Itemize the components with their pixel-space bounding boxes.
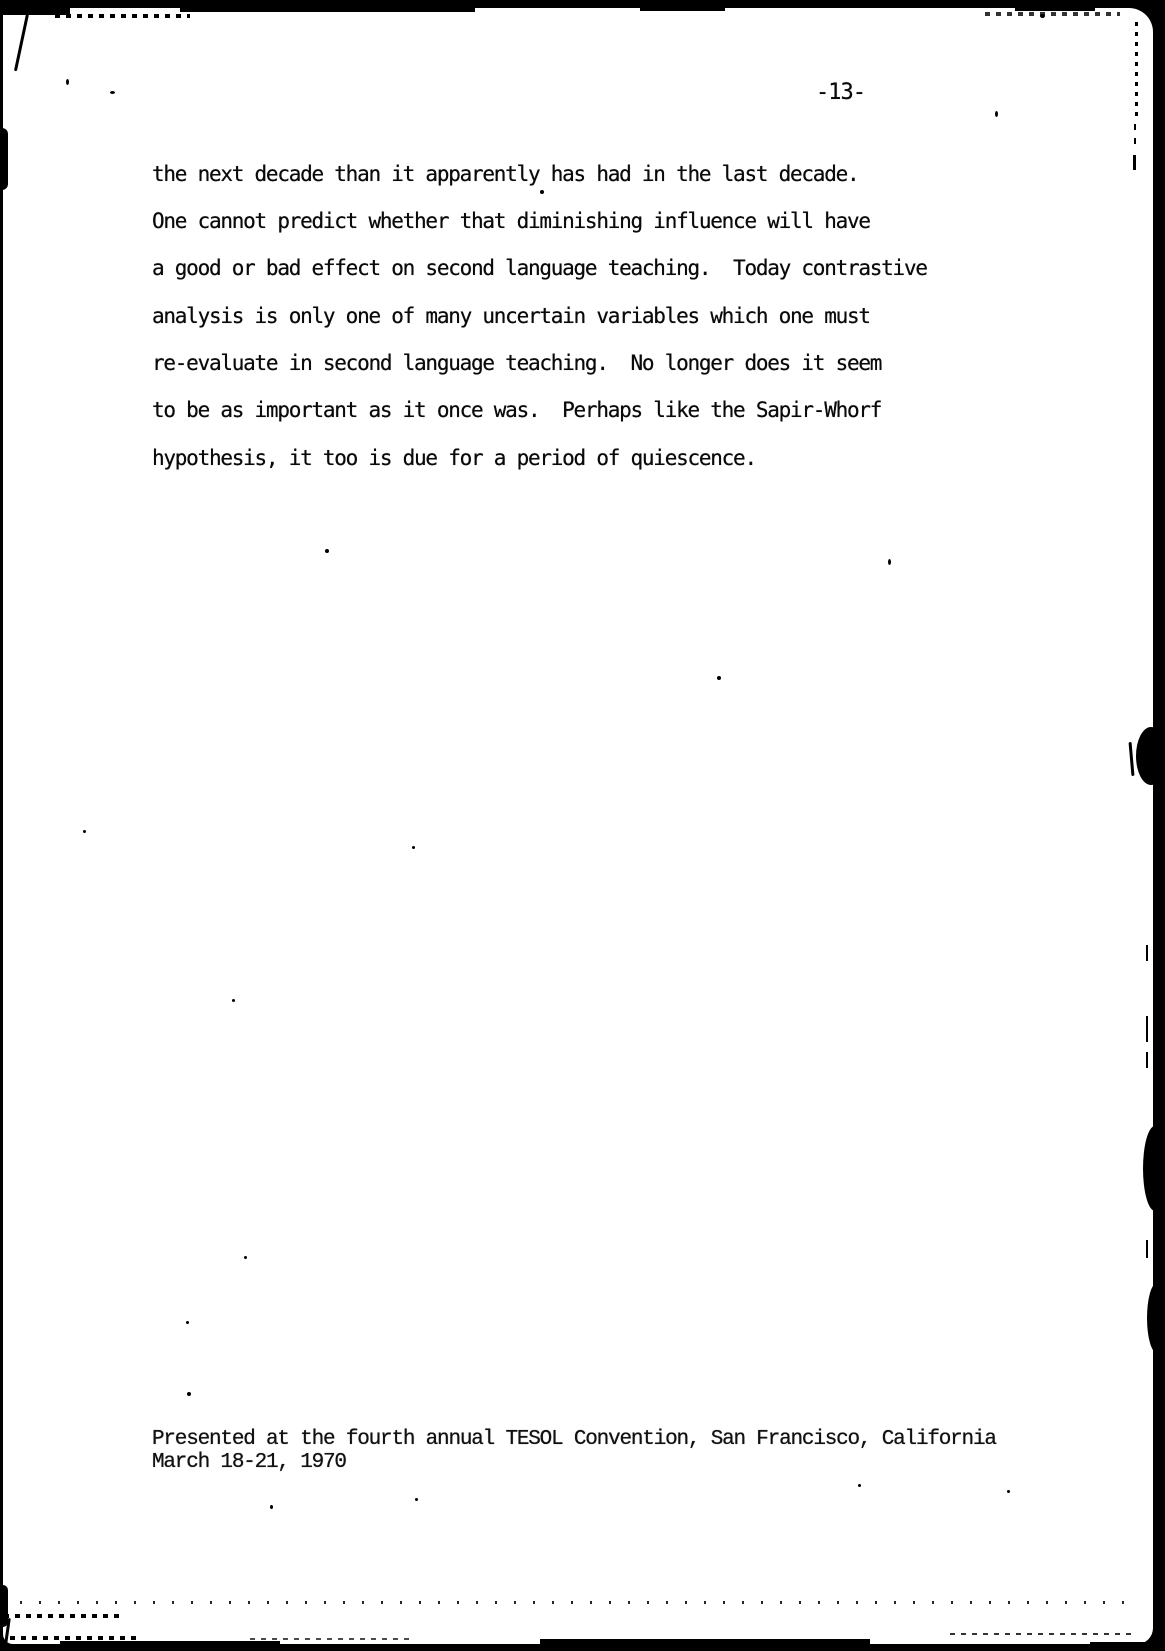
speck (1040, 14, 1045, 18)
speck (244, 1256, 247, 1259)
bottom-speckle-row (20, 1601, 1140, 1604)
scan-top-edge-irregularity (640, 8, 725, 11)
speck (888, 559, 891, 565)
scan-bottom-edge-irregularity (60, 1641, 280, 1645)
body-line-3: a good or bad effect on second language … (152, 256, 927, 280)
body-line-5: re-evaluate in second language teaching.… (152, 351, 881, 375)
right-edge-tick (1146, 1240, 1148, 1258)
body-line-6: to be as important as it once was. Perha… (152, 398, 881, 422)
right-edge-tick (1146, 1052, 1148, 1068)
bottom-left-scuff (4, 1614, 119, 1618)
scan-bottom-edge-irregularity (540, 1639, 870, 1645)
speck (1007, 1490, 1010, 1493)
scan-top-edge-irregularity (1015, 8, 1095, 11)
right-dashed-fold-line (1134, 138, 1136, 144)
speck (186, 1321, 189, 1324)
scan-top-edge-irregularity (180, 8, 475, 12)
scanned-document-page: -13- the next decade than it apparently … (0, 0, 1165, 1651)
speck (415, 1498, 418, 1501)
body-line-2: One cannot predict whether that diminish… (152, 209, 870, 233)
right-edge-tick (1146, 945, 1148, 961)
footer-line-1: Presented at the fourth annual TESOL Con… (152, 1428, 996, 1451)
speck (187, 1392, 191, 1396)
top-left-scuff (55, 14, 190, 18)
body-line-1: the next decade than it apparently has h… (152, 162, 858, 186)
right-dashed-fold-line (1134, 124, 1136, 130)
right-dashed-fold-line (1133, 155, 1136, 170)
speck (110, 91, 115, 94)
scan-bottom-edge-irregularity (1090, 1642, 1150, 1645)
right-edge-blot (1143, 1126, 1165, 1211)
bottom-right-scuff (950, 1633, 1135, 1635)
speck (540, 190, 544, 194)
top-right-scuff (985, 12, 1120, 16)
speck (66, 79, 69, 85)
speck (995, 111, 998, 117)
bottom-left-scuff (250, 1638, 410, 1640)
speck (270, 1505, 273, 1509)
right-edge-tick (1146, 1016, 1148, 1042)
right-edge-blot (1147, 1283, 1165, 1353)
bottom-left-scuff (10, 1636, 140, 1640)
speck (83, 830, 86, 833)
footer-line-2: March 18-21, 1970 (152, 1451, 346, 1474)
speck (232, 999, 235, 1002)
speck (717, 676, 721, 680)
body-line-7: hypothesis, it too is due for a period o… (152, 446, 756, 470)
speck (325, 549, 329, 553)
right-edge-blot (1136, 727, 1165, 785)
speck (858, 1484, 861, 1487)
left-edge-blot (0, 128, 8, 190)
speck (412, 846, 415, 849)
right-dashed-fold-line (1135, 22, 1138, 117)
body-line-4: analysis is only one of many uncertain v… (152, 304, 870, 328)
paper-background (3, 8, 1153, 1644)
page-number: -13- (816, 80, 865, 105)
